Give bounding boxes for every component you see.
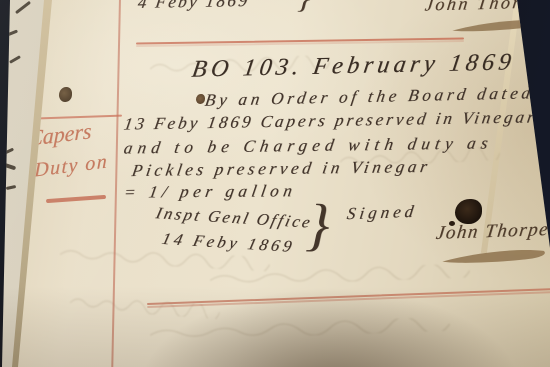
entry-line: Pickles preserved in Vinegar [131, 158, 432, 179]
ink-stroke [15, 1, 31, 14]
ghost-writing [150, 317, 450, 341]
paper-spot [59, 87, 72, 102]
previous-entry-signature: John Thorpe [424, 0, 545, 14]
entry-signature: John Thorpe [435, 220, 550, 243]
red-separator-rule-bottom [147, 288, 550, 304]
ink-stroke [6, 185, 16, 190]
signed-label: Signed [346, 203, 419, 223]
ink-blot [455, 199, 482, 224]
ledger-page: Capers Duty on 4 Feby 1869 } John Thorpe… [0, 0, 550, 367]
office-line2: 14 Feby 1869 [160, 231, 296, 255]
ink-stroke [2, 148, 14, 156]
previous-entry-brace: } [297, 0, 311, 14]
margin-underline-bottom [46, 195, 106, 203]
ink-stroke [4, 29, 18, 37]
office-line1: Inspt Genl Office [154, 205, 314, 231]
entry-line: = 1/ per gallon [123, 182, 298, 201]
entry-line: By an Order of the Board dated [204, 84, 536, 109]
ghost-writing [70, 295, 221, 319]
entry-heading: BO 103. February 1869 [190, 50, 517, 81]
attestation-brace: } [305, 196, 330, 255]
entry-line: 13 Feby 1869 Capers preserved in Vinegar [123, 108, 538, 132]
ink-stroke [9, 55, 21, 64]
ink-stroke [0, 162, 16, 171]
signature-flourish [452, 15, 548, 35]
ledger-photo: Capers Duty on 4 Feby 1869 } John Thorpe… [0, 0, 550, 367]
red-separator-rule-top [136, 37, 464, 44]
signature-flourish [442, 244, 549, 266]
margin-note-line2: Duty on [34, 151, 108, 180]
previous-entry-date: 4 Feby 1869 [137, 0, 251, 11]
